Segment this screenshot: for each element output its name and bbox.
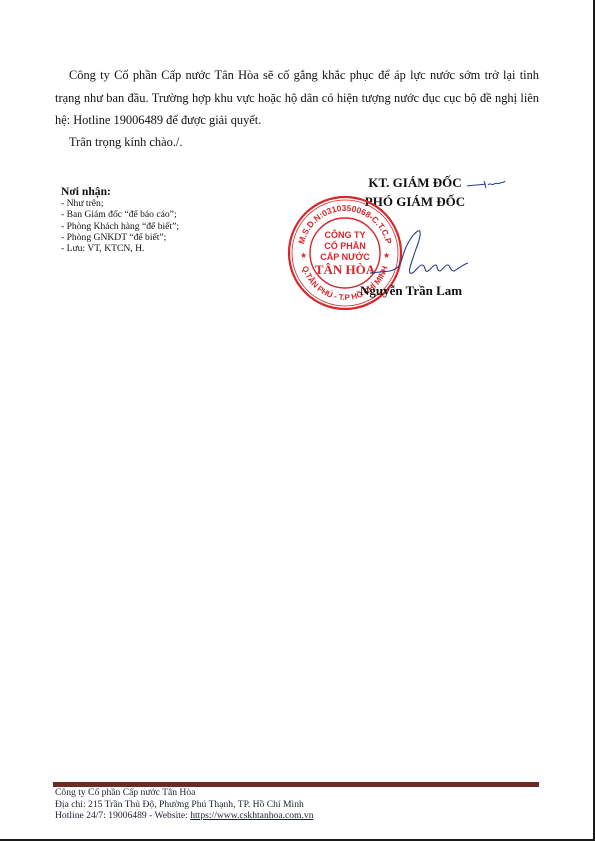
- svg-text:TÂN HÒA: TÂN HÒA: [315, 262, 376, 277]
- footer-hotline: Hotline 24/7: 19006489 - Website:: [55, 810, 190, 821]
- signature-icon: [370, 225, 470, 285]
- footer-contact: Hotline 24/7: 19006489 - Website: https:…: [55, 810, 314, 822]
- website-link[interactable]: https://www.cskhtanhoa.com.vn: [190, 810, 313, 821]
- svg-text:CÔNG TY: CÔNG TY: [324, 229, 365, 240]
- recipient-item: - Lưu: VT, KTCN, H.: [61, 243, 179, 254]
- svg-text:CẤP NƯỚC: CẤP NƯỚC: [320, 251, 370, 262]
- closing-line: Trân trọng kính chào./.: [55, 131, 539, 154]
- recipient-item: - Như trên;: [61, 198, 179, 209]
- initial-mark-icon: [466, 177, 506, 191]
- document-page: Công ty Cổ phần Cấp nước Tân Hòa sẽ cố g…: [0, 0, 595, 841]
- recipient-item: - Phòng GNKDT “để biết”;: [61, 232, 179, 243]
- svg-text:CỔ PHẦN: CỔ PHẦN: [324, 240, 366, 251]
- recipients-list: Nơi nhận: - Như trên; - Ban Giám đốc “để…: [61, 186, 179, 254]
- recipients-title: Nơi nhận:: [61, 186, 179, 198]
- footer: Công ty Cổ phần Cấp nước Tân Hòa Địa chỉ…: [55, 787, 314, 822]
- signer-name: Nguyễn Trần Lam: [360, 283, 462, 299]
- recipient-item: - Phòng Khách hàng “để biết”;: [61, 221, 179, 232]
- body-paragraph: Công ty Cổ phần Cấp nước Tân Hòa sẽ cố g…: [55, 64, 539, 132]
- svg-text:★: ★: [300, 251, 307, 260]
- footer-address: Địa chỉ: 215 Trần Thủ Độ, Phường Phú Thạ…: [55, 799, 314, 811]
- recipient-item: - Ban Giám đốc “để báo cáo”;: [61, 209, 179, 220]
- footer-company: Công ty Cổ phần Cấp nước Tân Hòa: [55, 787, 314, 799]
